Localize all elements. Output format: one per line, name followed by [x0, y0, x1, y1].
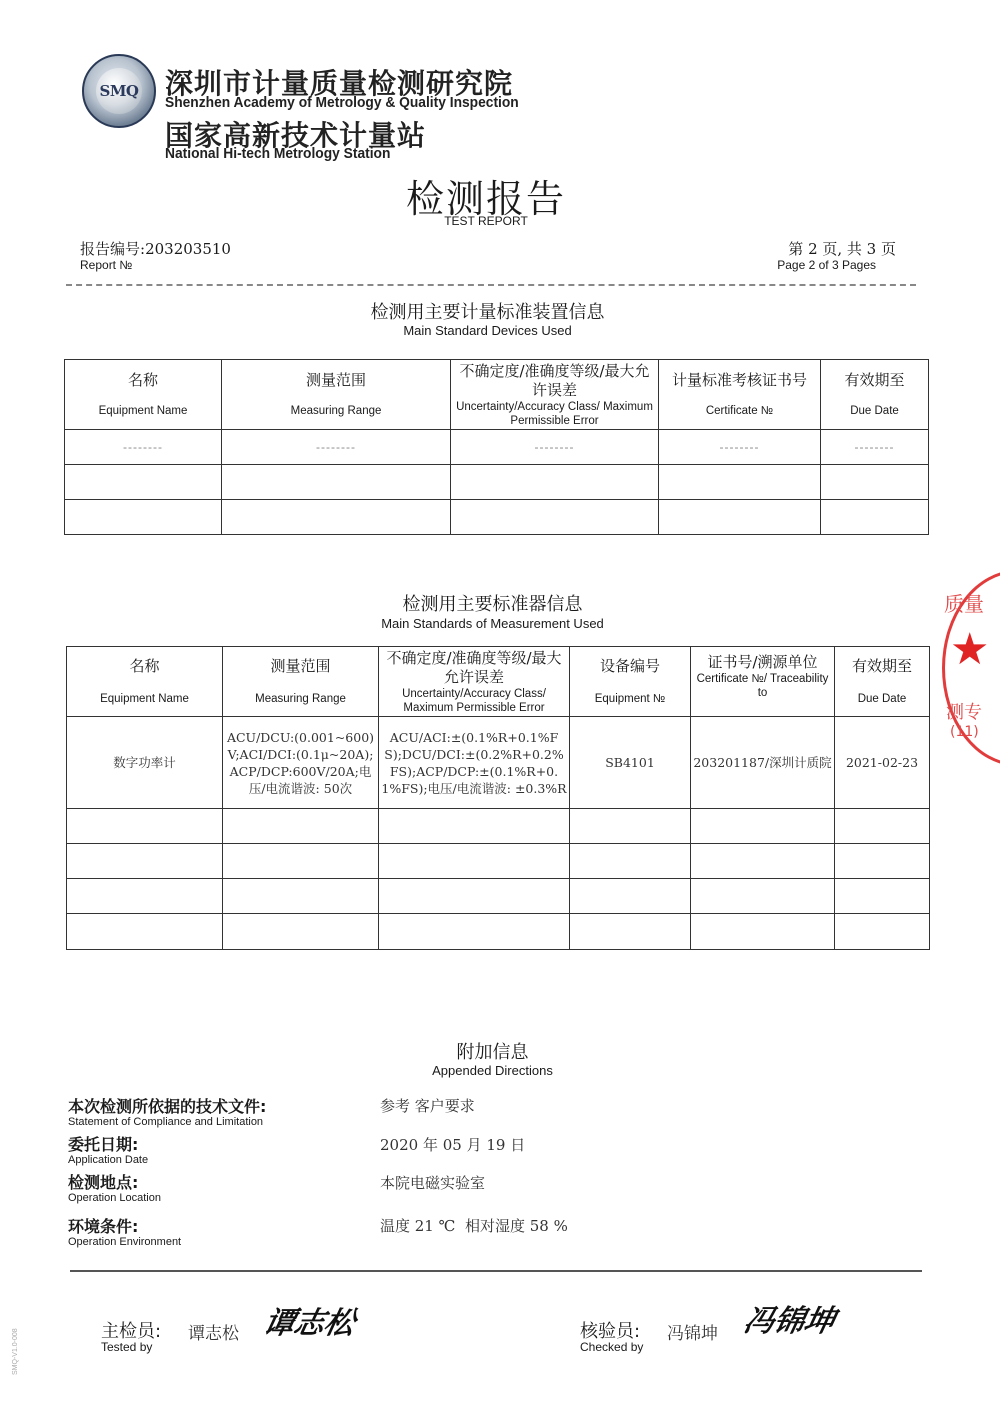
table-cell: [379, 844, 570, 879]
devices-table-header: 名称Equipment Name 测量范围Measuring Range 不确定…: [65, 360, 929, 430]
table-cell: [379, 914, 570, 950]
table-cell: --------: [659, 430, 821, 465]
standards-table-header: 名称Equipment Name 测量范围Measuring Range 不确定…: [67, 647, 930, 717]
table-row: -------- -------- -------- -------- ----…: [65, 430, 929, 465]
table-cell: [379, 809, 570, 844]
appended-title-cn: 附加信息: [0, 1038, 985, 1064]
uncertainty-cell: ACU/ACI:±(0.1%R+0.1%FS);DCU/DCI:±(0.2%R+…: [379, 717, 570, 809]
col-header-certificate-traceability: 证书号/溯源单位Certificate №/ Traceability to: [691, 647, 835, 717]
appended-title-en: Appended Directions: [0, 1063, 985, 1078]
checked-by-name: 冯锦坤: [667, 1319, 718, 1344]
official-seal-stamp: 质量 ★ 测专 (11): [936, 570, 1000, 766]
table-cell: [821, 465, 929, 500]
page-indicator-en: Page 2 of 3 Pages: [720, 258, 876, 272]
table-row: [65, 465, 929, 500]
table-cell: [659, 500, 821, 535]
star-icon: ★: [950, 628, 989, 672]
certificate-cell: 203201187/深圳计质院: [691, 717, 835, 809]
table-row: [67, 914, 930, 950]
table-cell: [223, 914, 379, 950]
table-cell: [570, 844, 691, 879]
col-header-uncertainty: 不确定度/准确度等级/最大允许误差Uncertainty/Accuracy Cl…: [451, 360, 659, 430]
measuring-range-cell: ACU/DCU:(0.001~600)V;ACI/DCI:(0.1μ~20A);…: [223, 717, 379, 809]
tested-by-name: 谭志松: [188, 1319, 239, 1344]
col-header-certificate: 计量标准考核证书号Certificate №: [659, 360, 821, 430]
table-cell: [222, 465, 451, 500]
table-cell: [835, 879, 930, 914]
col-header-range: 测量范围Measuring Range: [222, 360, 451, 430]
table-cell: [691, 879, 835, 914]
report-number-label-en: Report №: [80, 258, 132, 272]
due-date-cell: 2021-02-23: [835, 717, 930, 809]
table-row: [67, 844, 930, 879]
environment-value: 温度 21 ℃ 相对湿度 58 %: [380, 1215, 568, 1236]
table-cell: [223, 879, 379, 914]
col-header-equipment-no: 设备编号Equipment №: [570, 647, 691, 717]
location-label-en: Operation Location: [68, 1192, 161, 1204]
table-cell: [67, 879, 223, 914]
environment-label-cn: 环境条件:: [68, 1214, 138, 1237]
table-cell: --------: [451, 430, 659, 465]
table-cell: [67, 914, 223, 950]
environment-label-en: Operation Environment: [68, 1236, 181, 1248]
location-label-cn: 检测地点:: [68, 1170, 138, 1193]
checked-by-signature: 冯锦坤: [740, 1296, 839, 1340]
table-cell: [451, 500, 659, 535]
tested-by-signature: 谭志松: [260, 1298, 359, 1342]
table-row: [65, 500, 929, 535]
compliance-label-cn: 本次检测所依据的技术文件:: [68, 1094, 266, 1117]
col-header-name: 名称Equipment Name: [67, 647, 223, 717]
col-header-due-date: 有效期至Due Date: [835, 647, 930, 717]
table-cell: [835, 809, 930, 844]
checked-by-label-en: Checked by: [580, 1340, 643, 1354]
smq-logo: SMQ: [82, 54, 156, 128]
report-number: 报告编号:203203510: [80, 238, 231, 259]
application-date-value: 2020 年 05 月 19 日: [380, 1134, 525, 1155]
table-cell: --------: [821, 430, 929, 465]
table-cell: [222, 500, 451, 535]
station-name-en: National Hi-tech Metrology Station: [165, 145, 390, 162]
table-cell: [570, 809, 691, 844]
table-cell: --------: [222, 430, 451, 465]
organization-name-en: Shenzhen Academy of Metrology & Quality …: [165, 94, 519, 111]
table-cell: [570, 879, 691, 914]
stamp-text-top: 质量: [944, 588, 984, 617]
application-date-label-cn: 委托日期:: [68, 1132, 138, 1155]
table-cell: [65, 465, 222, 500]
table-cell: [223, 844, 379, 879]
table-cell: [65, 500, 222, 535]
logo-inner: SMQ: [96, 68, 142, 114]
report-number-value: 203203510: [145, 240, 231, 258]
table-cell: [67, 809, 223, 844]
stamp-number: (11): [950, 724, 979, 740]
table-cell: --------: [65, 430, 222, 465]
standards-section-title-en: Main Standards of Measurement Used: [5, 616, 980, 631]
page-indicator-cn: 第 2 页, 共 3 页: [720, 238, 896, 259]
table-row: [67, 809, 930, 844]
stamp-text-bottom: 测专: [946, 698, 982, 724]
devices-table: 名称Equipment Name 测量范围Measuring Range 不确定…: [64, 359, 929, 535]
report-number-label: 报告编号:: [80, 240, 145, 258]
standards-table: 名称Equipment Name 测量范围Measuring Range 不确定…: [66, 646, 930, 950]
logo-text: SMQ: [99, 82, 138, 100]
table-cell: [379, 879, 570, 914]
header-divider: [66, 284, 916, 286]
compliance-value: 参考 客户要求: [380, 1095, 475, 1116]
document-title-en: TEST REPORT: [0, 214, 972, 228]
table-cell: [67, 844, 223, 879]
table-cell: [570, 914, 691, 950]
location-value: 本院电磁实验室: [380, 1172, 485, 1193]
table-cell: [691, 809, 835, 844]
table-cell: [451, 465, 659, 500]
devices-section-title-cn: 检测用主要计量标准装置信息: [0, 298, 975, 324]
tested-by-label-en: Tested by: [101, 1340, 152, 1354]
table-cell: [691, 914, 835, 950]
devices-section-title-en: Main Standard Devices Used: [0, 323, 975, 338]
application-date-label-en: Application Date: [68, 1154, 148, 1166]
col-header-uncertainty: 不确定度/准确度等级/最大允许误差Uncertainty/Accuracy Cl…: [379, 647, 570, 717]
col-header-due-date: 有效期至Due Date: [821, 360, 929, 430]
table-row: [67, 879, 930, 914]
col-header-range: 测量范围Measuring Range: [223, 647, 379, 717]
table-row: 数字功率计 ACU/DCU:(0.001~600)V;ACI/DCI:(0.1μ…: [67, 717, 930, 809]
equipment-no-cell: SB4101: [570, 717, 691, 809]
table-cell: [835, 844, 930, 879]
footer-divider: [70, 1270, 922, 1272]
compliance-label-en: Statement of Compliance and Limitation: [68, 1116, 263, 1128]
table-cell: [659, 465, 821, 500]
standards-section-title-cn: 检测用主要标准器信息: [5, 590, 980, 616]
table-cell: [691, 844, 835, 879]
table-cell: [835, 914, 930, 950]
table-cell: [223, 809, 379, 844]
equipment-name-cell: 数字功率计: [67, 717, 223, 809]
table-cell: [821, 500, 929, 535]
col-header-name: 名称Equipment Name: [65, 360, 222, 430]
form-code: SMQ-V1.0-008: [12, 1328, 19, 1375]
